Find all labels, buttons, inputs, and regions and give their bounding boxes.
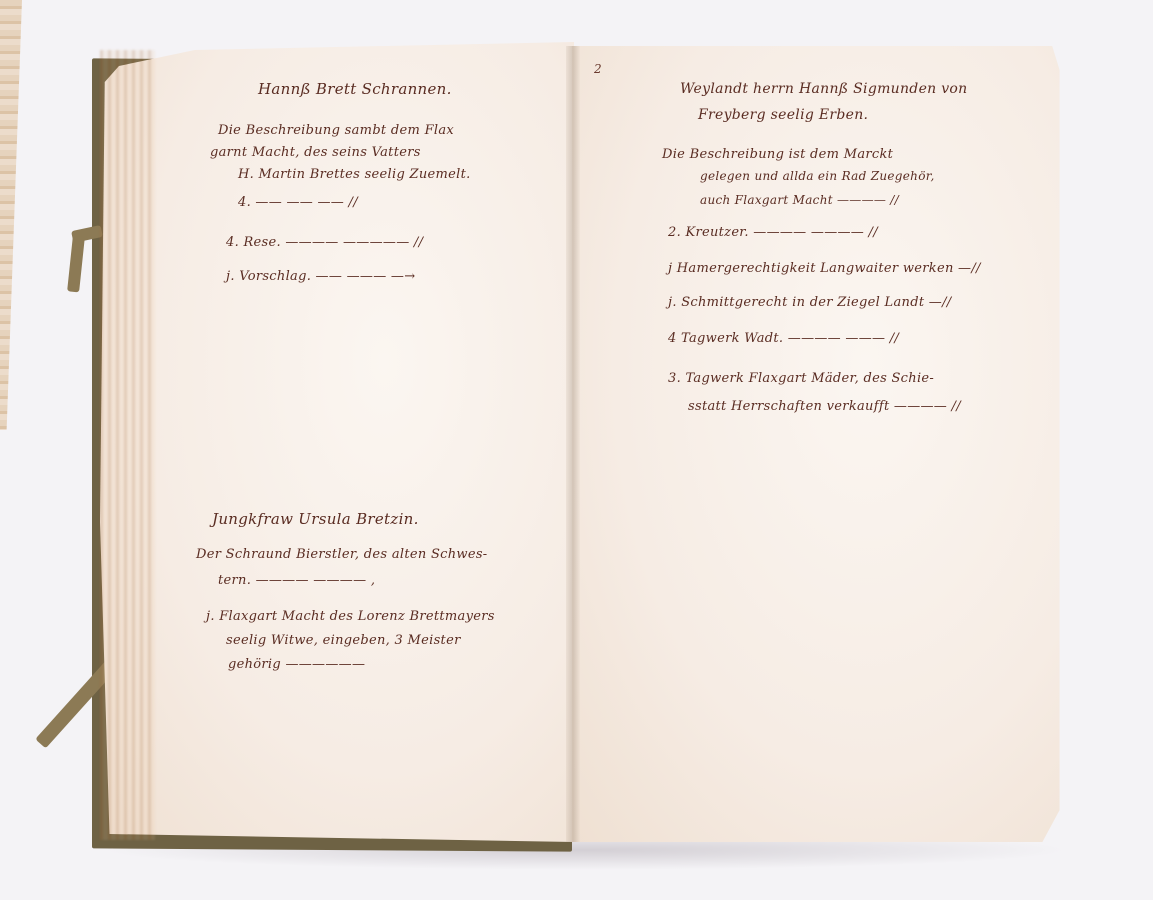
left-entry2-item: seelig Witwe, eingeben, 3 Meister bbox=[226, 634, 461, 647]
left-page bbox=[100, 42, 574, 842]
right-entry1-item: sstatt Herrschaften verkaufft ———— // bbox=[688, 400, 961, 413]
left-page-water-stain bbox=[100, 50, 155, 840]
left-entry2-heading: Jungkfraw Ursula Bretzin. bbox=[212, 512, 419, 527]
left-entry1-item: j. Vorschlag. —— ——— —→ bbox=[226, 270, 415, 283]
left-entry2-item: gehörig —————— bbox=[228, 658, 365, 671]
item-qty: j. bbox=[226, 269, 235, 284]
right-entry1-line: auch Flaxgart Macht ———— // bbox=[700, 194, 899, 206]
item-qty: 2. bbox=[668, 225, 681, 240]
book-gutter bbox=[566, 46, 580, 842]
right-entry1-item: 2. Kreutzer. ———— ———— // bbox=[668, 226, 878, 239]
item-text: Kreutzer. ———— ———— // bbox=[685, 225, 877, 240]
right-entry1-item: j Hamergerechtigkeit Langwaiter werken —… bbox=[668, 262, 981, 275]
item-text: sstatt Herrschaften verkaufft ———— // bbox=[688, 399, 961, 414]
item-text: Tagwerk Wadt. ———— ——— // bbox=[681, 331, 899, 346]
left-entry1-item: 4. Rese. ———— ————— // bbox=[226, 236, 423, 249]
right-entry1-line: gelegen und allda ein Rad Zuegehör, bbox=[700, 170, 935, 182]
item-text: Tagwerk Flaxgart Mäder, des Schie- bbox=[685, 371, 934, 386]
right-entry1-item: j. Schmittgerecht in der Ziegel Landt —/… bbox=[668, 296, 951, 309]
left-entry1-line: 4. —— —— —— // bbox=[238, 196, 358, 209]
item-qty: 4. bbox=[226, 235, 239, 250]
left-entry1-line: garnt Macht, des seins Vatters bbox=[210, 146, 421, 159]
page-number-mark: 2 bbox=[594, 62, 602, 76]
item-qty: j. bbox=[206, 609, 215, 624]
ribbon-tie-top-tail bbox=[67, 236, 85, 293]
left-entry2-item: j. Flaxgart Macht des Lorenz Brettmayers bbox=[206, 610, 495, 623]
right-entry1-item: 4 Tagwerk Wadt. ———— ——— // bbox=[668, 332, 899, 345]
item-text: Flaxgart Macht des Lorenz Brettmayers bbox=[219, 609, 495, 624]
left-entry1-line: H. Martin Brettes seelig Zuemelt. bbox=[238, 168, 471, 181]
item-text: Rese. ———— ————— // bbox=[243, 235, 423, 250]
item-qty: j. bbox=[668, 295, 677, 310]
item-text: Schmittgerecht in der Ziegel Landt —// bbox=[681, 295, 951, 310]
right-entry1-item: 3. Tagwerk Flaxgart Mäder, des Schie- bbox=[668, 372, 934, 385]
item-qty: 4 bbox=[668, 331, 677, 346]
left-entry1-line: Die Beschreibung sambt dem Flax bbox=[218, 124, 454, 137]
item-text: seelig Witwe, eingeben, 3 Meister bbox=[226, 633, 461, 648]
right-entry1-heading: Freyberg seelig Erben. bbox=[698, 108, 868, 122]
item-text: Hamergerechtigkeit Langwaiter werken —// bbox=[677, 261, 981, 276]
left-entry2-line: tern. ———— ———— , bbox=[218, 574, 375, 587]
item-text: Vorschlag. —— ——— —→ bbox=[239, 269, 415, 284]
wooden-table-edge bbox=[0, 0, 22, 430]
item-text: gehörig —————— bbox=[228, 657, 365, 672]
right-page bbox=[572, 46, 1062, 842]
right-entry1-heading: Weylandt herrn Hannß Sigmunden von bbox=[680, 82, 967, 96]
left-entry2-line: Der Schraund Bierstler, des alten Schwes… bbox=[196, 548, 488, 561]
left-entry1-heading: Hannß Brett Schrannen. bbox=[258, 82, 452, 97]
item-qty: j bbox=[668, 261, 672, 276]
right-entry1-line: Die Beschreibung ist dem Marckt bbox=[662, 148, 893, 161]
item-qty: 3. bbox=[668, 371, 681, 386]
